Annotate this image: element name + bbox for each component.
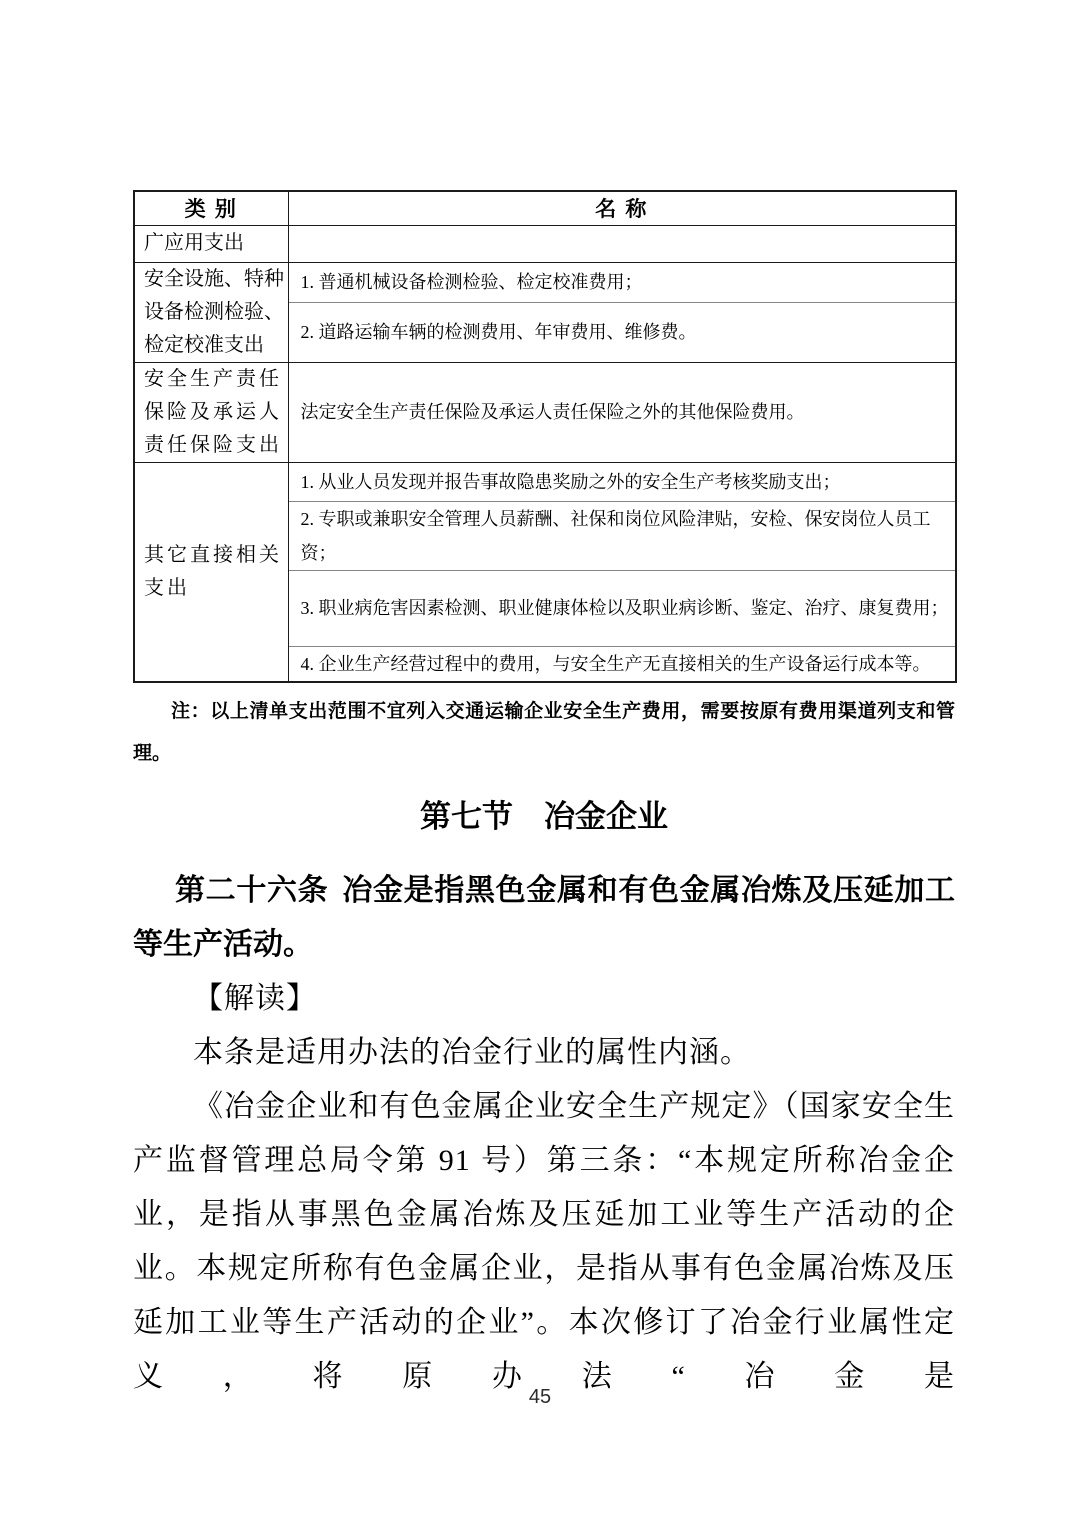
table-row: 安全生产责任 保险及承运人 责任保险支出 法定安全生产责任保险及承运人责任保险之… — [134, 362, 956, 462]
article-number: 第二十六条 — [175, 874, 328, 907]
column-header-name: 名 称 — [288, 191, 956, 225]
category-cell: 安全生产责任 保险及承运人 责任保险支出 — [134, 362, 288, 462]
name-cell: 1. 从业人员发现并报告事故隐患奖励之外的安全生产考核奖励支出； — [288, 462, 956, 501]
table-header-row: 类 别 名 称 — [134, 191, 956, 225]
table-row: 其它直接相关 支出 1. 从业人员发现并报告事故隐患奖励之外的安全生产考核奖励支… — [134, 462, 956, 501]
interpretation-marker: 【解读】 — [133, 972, 955, 1026]
note-label: 注： — [171, 701, 210, 722]
name-cell: 4. 企业生产经营过程中的费用，与安全生产无直接相关的生产设备运行成本等。 — [288, 646, 956, 682]
section-heading: 第七节 冶金企业 — [133, 794, 955, 840]
name-cell: 2. 道路运输车辆的检测费用、年审费用、维修费。 — [288, 302, 956, 362]
category-cell: 广应用支出 — [134, 225, 288, 262]
table-note: 注：以上清单支出范围不宜列入交通运输企业安全生产费用，需要按原有费用渠道列支和管… — [133, 691, 955, 775]
category-cell: 安全设施、特种 设备检测检验、 检定校准支出 — [134, 262, 288, 362]
name-cell — [288, 225, 956, 262]
column-header-category: 类 别 — [134, 191, 288, 225]
article-clause: 第二十六条冶金是指黑色金属和有色金属冶炼及压延加工等生产活动。 — [133, 864, 955, 972]
name-cell: 2. 专职或兼职安全管理人员薪酬、社保和岗位风险津贴，安检、保安岗位人员工资； — [288, 501, 956, 570]
name-cell: 3. 职业病危害因素检测、职业健康体检以及职业病诊断、鉴定、治疗、康复费用； — [288, 570, 956, 646]
table-row: 广应用支出 — [134, 225, 956, 262]
interpretation-paragraph: 本条是适用办法的冶金行业的属性内涵。 — [133, 1026, 955, 1080]
note-text: 以上清单支出范围不宜列入交通运输企业安全生产费用，需要按原有费用渠道列支和管理。 — [133, 701, 955, 764]
category-cell: 其它直接相关 支出 — [134, 462, 288, 682]
expense-category-table: 类 别 名 称 广应用支出 安全设施、特种 设备检测检验、 检定校准支出 1. … — [133, 190, 957, 683]
name-cell: 1. 普通机械设备检测检验、检定校准费用； — [288, 262, 956, 302]
page-content: 类 别 名 称 广应用支出 安全设施、特种 设备检测检验、 检定校准支出 1. … — [133, 190, 955, 1404]
table-row: 安全设施、特种 设备检测检验、 检定校准支出 1. 普通机械设备检测检验、检定校… — [134, 262, 956, 302]
interpretation-paragraph: 《冶金企业和有色金属企业安全生产规定》（国家安全生产监督管理总局令第 91 号）… — [133, 1080, 955, 1404]
page-number: 45 — [0, 1386, 1080, 1409]
document-page: 类 别 名 称 广应用支出 安全设施、特种 设备检测检验、 检定校准支出 1. … — [0, 0, 1080, 1527]
name-cell: 法定安全生产责任保险及承运人责任保险之外的其他保险费用。 — [288, 362, 956, 462]
